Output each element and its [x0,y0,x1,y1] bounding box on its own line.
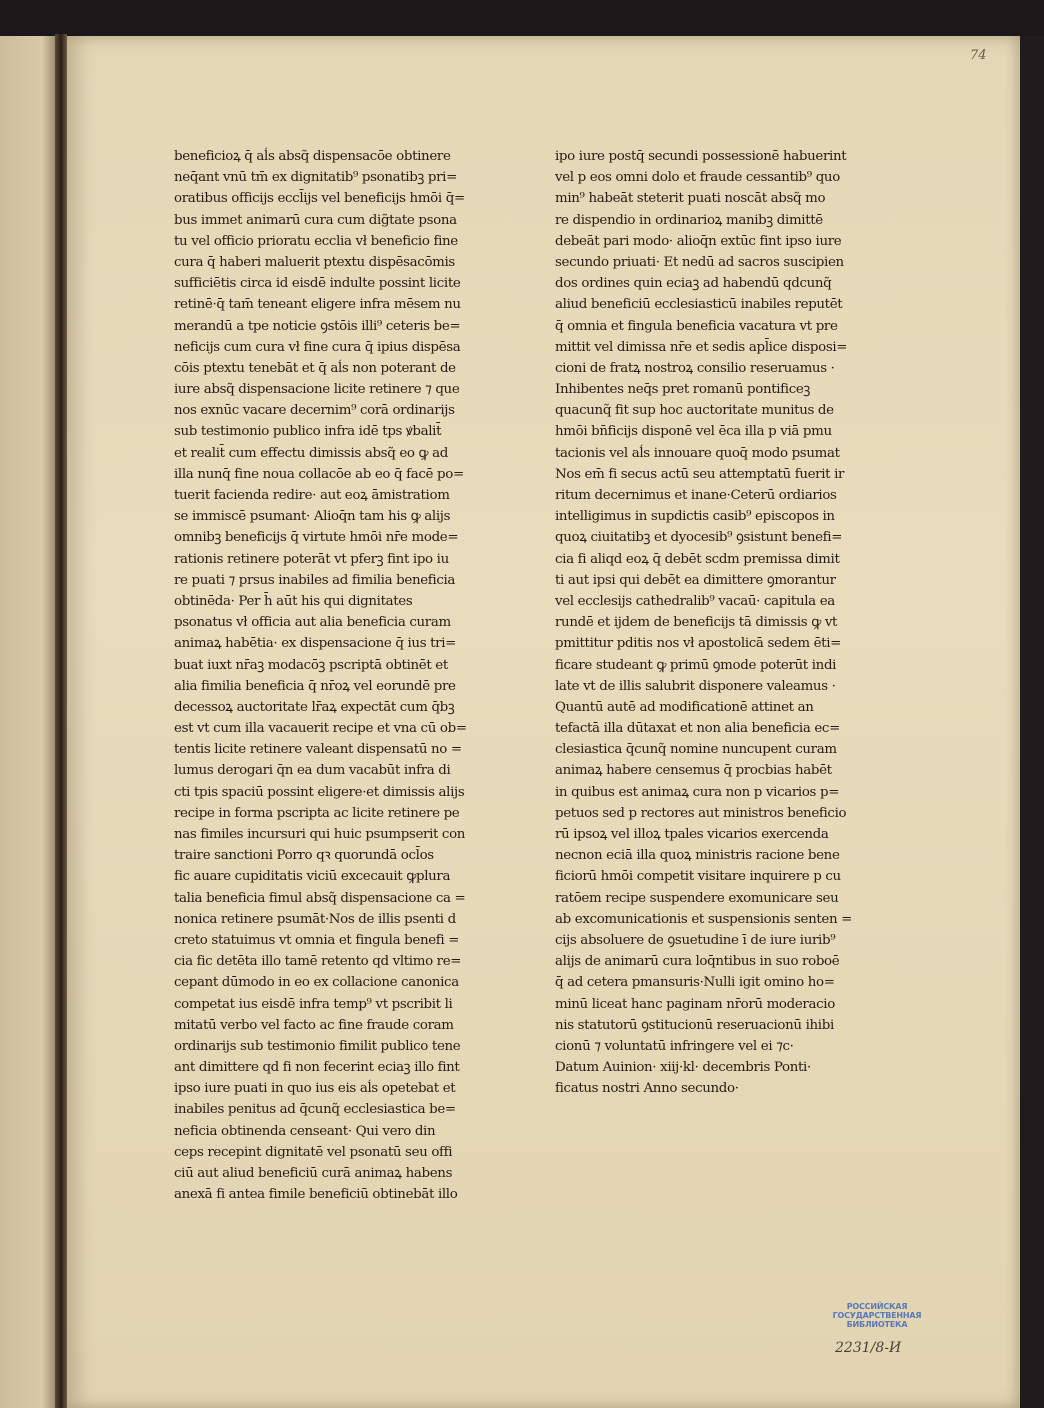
text-line: inabiles penitus ad q̄cunq̃ ecclesiastic… [174,1099,504,1120]
text-line: hmōi bn̄ficijs disponē vel ēca illa p vi… [555,421,890,442]
text-column-left: beneficioꝝ q̄ aĺs absq̃ dispensacōe obti… [174,146,504,1205]
text-line: ordinarijs sub testimonio fimilit public… [174,1036,504,1057]
text-line: ficare studeant ꝙ primū ꝯmode poterūt in… [555,655,890,676]
text-line: rundē et ijdem de beneficijs tā dimissis… [555,612,890,633]
text-line: tacionis vel aĺs innouare quoq̄ modo psu… [555,443,890,464]
shelfmark: 2231/8-И [835,1340,901,1356]
text-line: tefactā illa dūtaxat et non alia benefic… [555,718,890,739]
text-line: neficijs cum cura vł fine cura q̄ ipius … [174,337,504,358]
text-line: rū ipsoꝝ vel illoꝝ tpales vicarios exerc… [555,824,890,845]
text-line: alia fimilia beneficia q̄ nr̄oꝝ vel eoru… [174,676,504,697]
text-line: fic auare cupiditatis viciū excecauit ꝙp… [174,866,504,887]
text-line: ipso iure puati in quo ius eis aĺs opete… [174,1078,504,1099]
text-line: mitatū verbo vel facto ac fine fraude co… [174,1015,504,1036]
stamp-line: РОССИЙСКАЯ [832,1302,922,1311]
text-line: lumus derogari q̄n ea dum vacabūt infra … [174,760,504,781]
text-line: late vt de illis salubrit disponere vale… [555,676,890,697]
text-line: Nos em̄ fi secus actū seu attemptatū fue… [555,464,890,485]
text-line: petuos sed p rectores aut ministros bene… [555,803,890,824]
text-line: ciū aut aliud beneficiū curā animaꝝ habe… [174,1163,504,1184]
text-line: vel p eos omni dolo et fraude cessantib⁹… [555,167,890,188]
text-line: anexā fi antea fimile beneficiū obtinebā… [174,1184,504,1205]
text-line: ficatus nostri Anno secundo· [555,1078,890,1099]
text-line: cioni de fratꝝ nostroꝝ consilio reseruam… [555,358,890,379]
text-line: ficiorū hmōi competit visitare inquirere… [555,866,890,887]
text-line: traire sanctioni Porro qꝛ quorundā ocl̄o… [174,845,504,866]
text-line: illa nunq̄ fine noua collacōe ab eo q̄ f… [174,464,504,485]
text-line: dos ordines quin eciaꝫ ad habendū qdcunq… [555,273,890,294]
text-line: ceps recepint dignitatē vel psonatū seu … [174,1142,504,1163]
text-line: min⁹ habeāt steterit puati noscāt absq̃ … [555,188,890,209]
book-gutter [55,34,67,1408]
text-line: q̄ omnia et fingula beneficia vacatura v… [555,316,890,337]
text-line: ab excomunicationis et suspensionis sent… [555,909,890,930]
text-line: sufficiētis circa id eisdē indulte possi… [174,273,504,294]
text-line: cia fic detēta illo tamē retento qd vlti… [174,951,504,972]
text-line: beneficioꝝ q̄ aĺs absq̃ dispensacōe obti… [174,146,504,167]
text-line: pmittitur pditis nos vł apostolicā sedem… [555,633,890,654]
scan-background-right [1020,36,1044,1408]
folio-number: 74 [970,48,987,63]
text-line: vel ecclesijs cathedralib⁹ vacaū· capitu… [555,591,890,612]
text-line: competat ius eisdē infra temp⁹ vt pscrib… [174,994,504,1015]
scan-background-top [0,0,1044,38]
text-line: bus immet animarū cura cum dig̃tate pson… [174,210,504,231]
text-line: alijs de animarū cura loq̄ntibus in suo … [555,951,890,972]
text-line: ratōem recipe suspendere exomunicare seu [555,888,890,909]
text-line: intelligimus in supdictis casib⁹ episcop… [555,506,890,527]
text-line: nis statutorū ꝯstitucionū reseruacionū i… [555,1015,890,1036]
text-line: cionū ⁊ voluntatū infringere vel ei ⁊c· [555,1036,890,1057]
text-line: secundo priuati· Et nedū ad sacros susci… [555,252,890,273]
text-line: omnibꝫ beneficijs q̄ virtute hmōi nr̄e m… [174,527,504,548]
text-line: merandū a tpe noticie ꝯstōis illi⁹ ceter… [174,316,504,337]
text-line: est vt cum illa vacauerit recipe et vna … [174,718,504,739]
text-line: q̄ ad cetera pmansuris·Nulli igit omino … [555,972,890,993]
text-line: necnon eciā illa quoꝝ ministris racione … [555,845,890,866]
text-line: oratibus officijs eccl̄ijs vel beneficij… [174,188,504,209]
text-line: cōis ptextu tenebāt et q̄ aĺs non potera… [174,358,504,379]
text-line: animaꝝ habere censemus q̄ procbias habēt [555,760,890,781]
text-line: tuerit facienda redire· aut eoꝝ āmistrat… [174,485,504,506]
text-line: iure absq̃ dispensacione licite retinere… [174,379,504,400]
text-line: nas fimiles incursuri qui huic psumpseri… [174,824,504,845]
text-line: in quibus est animaꝝ cura non p vicarios… [555,782,890,803]
text-line: nonica retinere psumāt·Nos de illis psen… [174,909,504,930]
text-line: aliud beneficiū ecclesiasticū inabiles r… [555,294,890,315]
text-line: recipe in forma pscripta ac licite retin… [174,803,504,824]
text-line: neq̄ant vnū tm̄ ex dignitatib⁹ psonatibꝫ… [174,167,504,188]
text-line: quacunq̃ fit sup hoc auctoritate munitus… [555,400,890,421]
text-line: rationis retinere poterāt vt pferꝫ fint … [174,549,504,570]
text-line: animaꝝ habētia· ex dispensacione q̄ ius … [174,633,504,654]
text-line: re puati ⁊ prsus inabiles ad fimilia ben… [174,570,504,591]
text-line: cti tpis spaciū possint eligere·et dimis… [174,782,504,803]
text-column-right: ipo iure postq̄ secundi possessionē habu… [555,146,890,1099]
text-line: tu vel officio prioratu ecclia vł benefi… [174,231,504,252]
text-line: tentis licite retinere valeant dispensat… [174,739,504,760]
text-line: buat iuxt nr̄aꝫ modacōꝫ pscriptā obtinēt… [174,655,504,676]
text-line: ant dimittere qd fi non fecerint eciaꝫ i… [174,1057,504,1078]
text-line: debeāt pari modo· alioq̄n extūc fint ips… [555,231,890,252]
text-line: creto statuimus vt omnia et fingula bene… [174,930,504,951]
text-line: cijs absoluere de ꝯsuetudine ī de iure i… [555,930,890,951]
text-line: obtinēda· Per h̄ aūt his qui dignitates [174,591,504,612]
text-line: minū liceat hanc paginam nr̄orū moderaci… [555,994,890,1015]
facing-page-edge [0,36,60,1408]
text-line: clesiastica q̄cunq̃ nomine nuncupent cur… [555,739,890,760]
text-line: psonatus vł officia aut alia beneficia c… [174,612,504,633]
text-line: decessoꝝ auctoritate lr̄aꝝ expectāt cum … [174,697,504,718]
text-line: re dispendio in ordinarioꝝ manibꝫ dimitt… [555,210,890,231]
text-line: ti aut ipsi qui debēt ea dimittere ꝯmora… [555,570,890,591]
text-line: nos exnūc vacare decernim⁹ corā ordinari… [174,400,504,421]
stamp-line: ГОСУДАРСТВЕННАЯ [832,1311,922,1320]
text-line: cepant dūmodo in eo ex collacione canoni… [174,972,504,993]
text-line: sub testimonio publico infra idē tps ꝟba… [174,421,504,442]
text-line: Datum Auinion· xiij·kl· decembris Ponti· [555,1057,890,1078]
text-line: et realit̄ cum effectu dimissis absq̃ eo… [174,443,504,464]
text-line: neficia obtinenda censeant· Qui vero din [174,1121,504,1142]
text-line: cura q̄ haberi maluerit ptextu dispēsacō… [174,252,504,273]
library-stamp: РОССИЙСКАЯ ГОСУДАРСТВЕННАЯ БИБЛИОТЕКА [832,1302,922,1329]
text-line: talia beneficia fimul absq̃ dispensacion… [174,888,504,909]
text-line: Quantū autē ad modificationē attinet an [555,697,890,718]
text-line: cia fi aliqd eoꝝ q̄ debēt scdm premissa … [555,549,890,570]
text-line: Inhibentes neq̄s pret romanū pontificeꝫ [555,379,890,400]
text-line: quoꝝ ciuitatibꝫ et dyocesib⁹ ꝯsistunt be… [555,527,890,548]
text-line: ipo iure postq̄ secundi possessionē habu… [555,146,890,167]
text-line: mittit vel dimissa nr̄e et sedis apl̄ice… [555,337,890,358]
text-line: ritum decernimus et inane·Ceterū ordiari… [555,485,890,506]
stamp-line: БИБЛИОТЕКА [832,1320,922,1329]
text-line: se immiscē psumant· Alioq̄n tam his ꝙ al… [174,506,504,527]
text-line: retinē·q̄ tam̄ teneant eligere infra mēs… [174,294,504,315]
